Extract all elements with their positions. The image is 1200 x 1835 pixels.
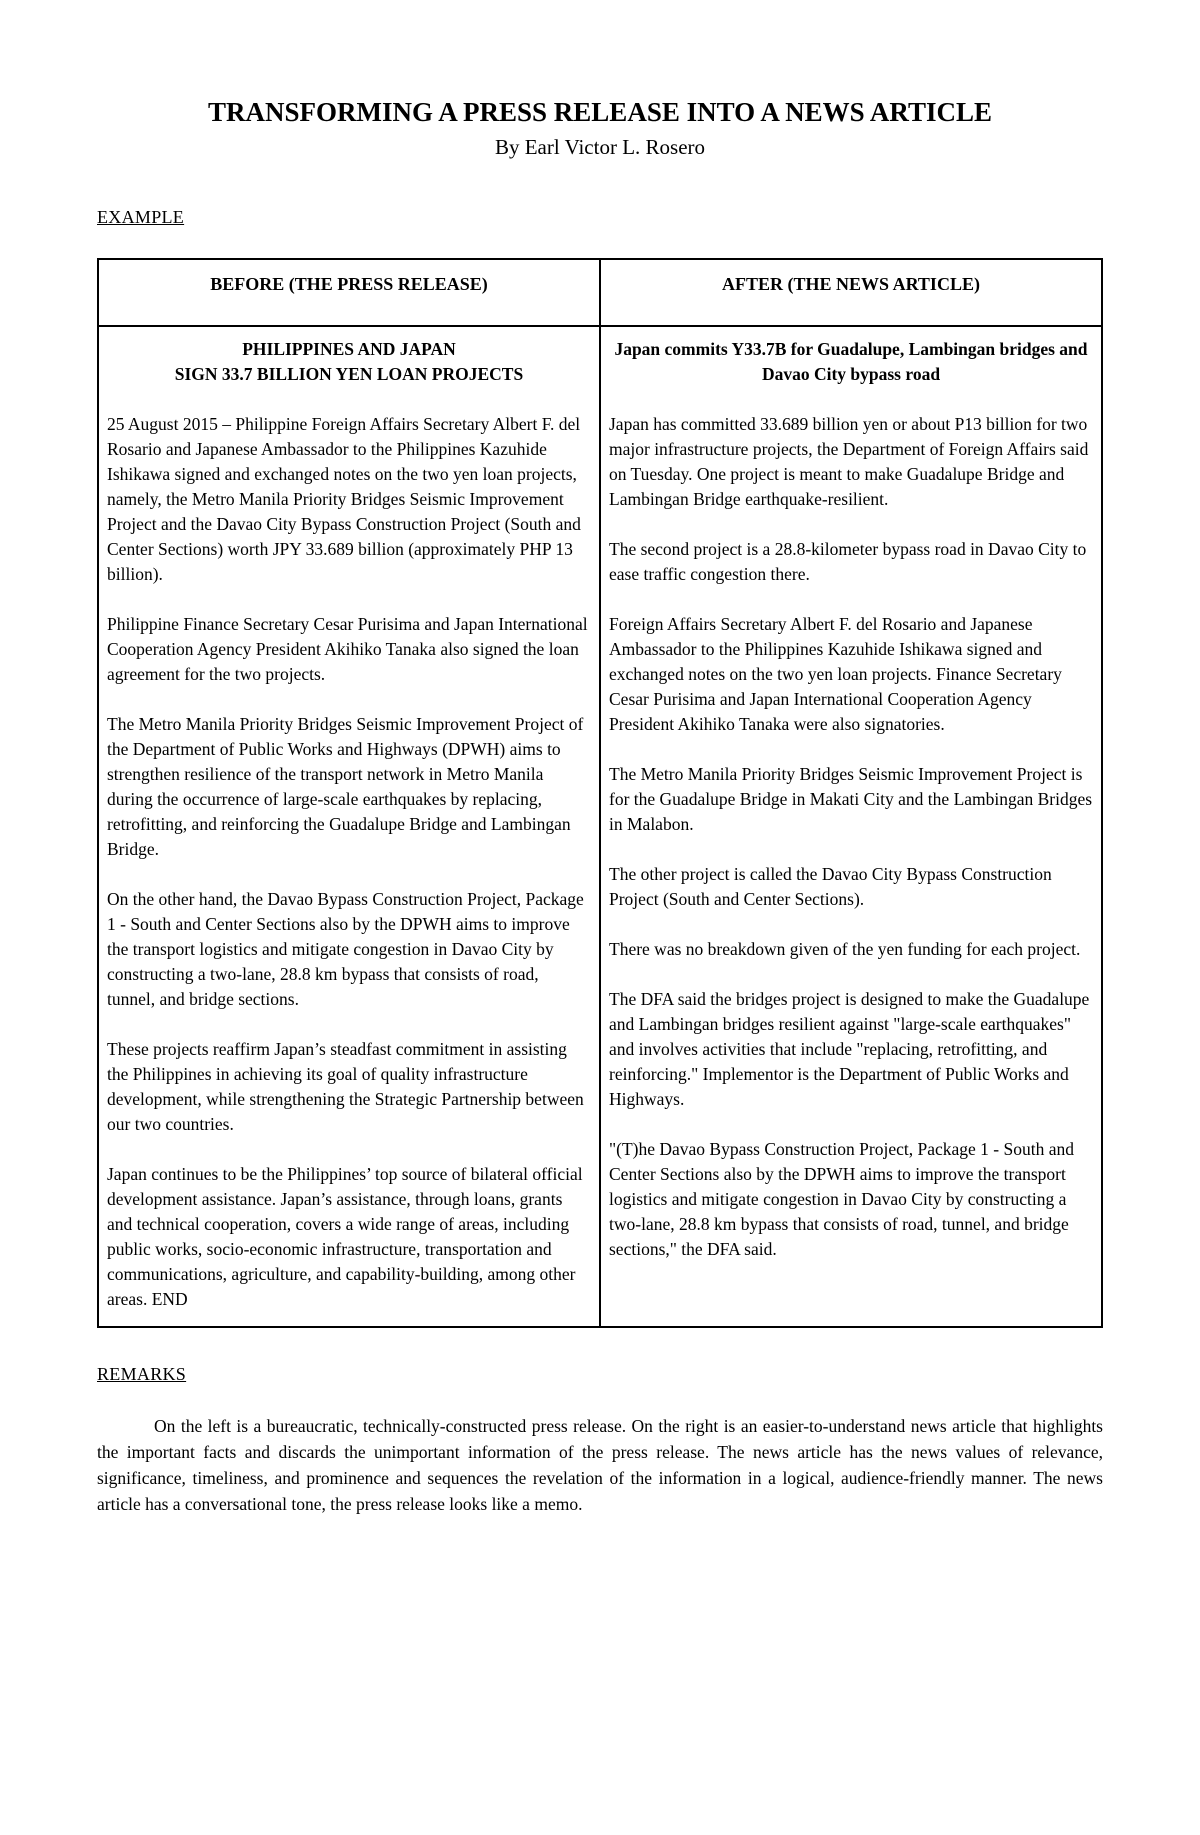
byline: By Earl Victor L. Rosero bbox=[97, 135, 1103, 160]
news-article-paragraph-2: The second project is a 28.8-kilometer b… bbox=[609, 537, 1093, 587]
news-article-paragraph-8: "(T)he Davao Bypass Construction Project… bbox=[609, 1137, 1093, 1262]
press-release-paragraph-2: Philippine Finance Secretary Cesar Puris… bbox=[107, 612, 591, 687]
before-column-header: BEFORE (THE PRESS RELEASE) bbox=[98, 259, 600, 327]
comparison-table: BEFORE (THE PRESS RELEASE) AFTER (THE NE… bbox=[97, 258, 1103, 1329]
press-release-paragraph-1: 25 August 2015 – Philippine Foreign Affa… bbox=[107, 412, 591, 587]
news-article-paragraph-1: Japan has committed 33.689 billion yen o… bbox=[609, 412, 1093, 512]
news-article-paragraph-4: The Metro Manila Priority Bridges Seismi… bbox=[609, 762, 1093, 837]
document-page: TRANSFORMING A PRESS RELEASE INTO A NEWS… bbox=[0, 0, 1200, 1835]
remarks-heading: REMARKS bbox=[97, 1364, 1103, 1385]
after-column-header: AFTER (THE NEWS ARTICLE) bbox=[600, 259, 1102, 327]
press-release-title-line1: PHILIPPINES AND JAPAN bbox=[107, 337, 591, 362]
news-article-paragraph-3: Foreign Affairs Secretary Albert F. del … bbox=[609, 612, 1093, 737]
news-article-title: Japan commits Y33.7B for Guadalupe, Lamb… bbox=[609, 337, 1093, 387]
news-article-paragraph-7: The DFA said the bridges project is desi… bbox=[609, 987, 1093, 1112]
press-release-paragraph-6: Japan continues to be the Philippines’ t… bbox=[107, 1162, 591, 1312]
table-header-row: BEFORE (THE PRESS RELEASE) AFTER (THE NE… bbox=[98, 259, 1102, 327]
table-body-row: PHILIPPINES AND JAPAN SIGN 33.7 BILLION … bbox=[98, 326, 1102, 1327]
news-article-paragraph-5: The other project is called the Davao Ci… bbox=[609, 862, 1093, 912]
news-article-paragraph-6: There was no breakdown given of the yen … bbox=[609, 937, 1093, 962]
press-release-paragraph-4: On the other hand, the Davao Bypass Cons… bbox=[107, 887, 591, 1012]
press-release-title: PHILIPPINES AND JAPAN SIGN 33.7 BILLION … bbox=[107, 337, 591, 387]
news-article-cell: Japan commits Y33.7B for Guadalupe, Lamb… bbox=[600, 326, 1102, 1327]
example-heading: EXAMPLE bbox=[97, 207, 1103, 228]
press-release-title-line2: SIGN 33.7 BILLION YEN LOAN PROJECTS bbox=[107, 362, 591, 387]
document-title: TRANSFORMING A PRESS RELEASE INTO A NEWS… bbox=[97, 96, 1103, 128]
press-release-paragraph-3: The Metro Manila Priority Bridges Seismi… bbox=[107, 712, 591, 862]
remarks-paragraph: On the left is a bureaucratic, technical… bbox=[97, 1413, 1103, 1517]
press-release-cell: PHILIPPINES AND JAPAN SIGN 33.7 BILLION … bbox=[98, 326, 600, 1327]
press-release-paragraph-5: These projects reaffirm Japan’s steadfas… bbox=[107, 1037, 591, 1137]
